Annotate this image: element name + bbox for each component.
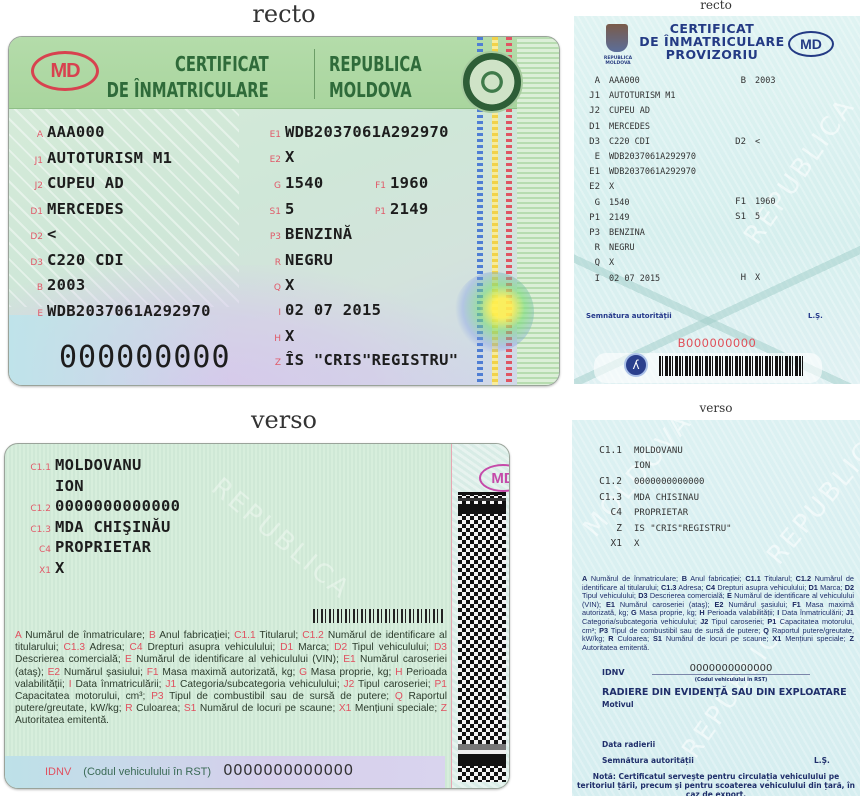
idnv-value: 0000000000000 (223, 761, 354, 779)
field-f1: F11960 (724, 197, 775, 207)
temporary-serial-number: B000000000 (574, 336, 860, 350)
field-e: EWDB2037061A292970 (21, 302, 211, 320)
field-value: X (285, 327, 295, 345)
field-value: < (755, 137, 760, 147)
field-value: NEGRU (609, 243, 635, 253)
field-value: 5 (285, 200, 295, 218)
field-c1-1: C1.1MOLDOVANU (572, 445, 683, 456)
field-label: C4 (25, 545, 51, 555)
2d-barcode-icon (458, 492, 506, 782)
field-value: NEGRU (285, 251, 333, 269)
title-certificat: CERTIFICAT DE ÎNMATRICULARE (107, 51, 269, 103)
field-value: 0000000000000 (55, 497, 180, 515)
field-e2: E2X (578, 182, 614, 192)
field-p1: P12149 (578, 213, 629, 223)
temporary-certificate-title: CERTIFICAT DE ÎNMATRICULARE PROVIZORIU (632, 22, 792, 61)
legend-key: X1 (772, 634, 781, 643)
field-label: X1 (572, 538, 622, 549)
field-value: PROPRIETAR (55, 538, 151, 556)
note-text: Notă: Certificatul serveşte pentru circu… (576, 772, 856, 796)
legend-text: Drepturi asupra vehiculului; (143, 642, 281, 653)
field-label: E1 (578, 167, 600, 177)
field-label: B (724, 76, 746, 86)
field-value: PROPRIETAR (634, 508, 688, 518)
legend-text: Capacitatea motorului, cm³; (15, 691, 151, 702)
field-label: H (259, 334, 281, 344)
2d-barcode-footer (458, 744, 506, 770)
field-label: J2 (21, 181, 43, 191)
field-value: AAA000 (47, 123, 105, 141)
field-label: E1 (259, 130, 281, 140)
field-label: E (578, 152, 600, 162)
field-value: 1960 (390, 174, 429, 192)
field-f1: F11960 (364, 174, 429, 192)
legend-text: Mențiuni speciale; (351, 703, 440, 714)
field-value: MDA CHISINAU (634, 493, 699, 503)
document-serial-number: 000000000 (59, 340, 231, 375)
field-value: 02 07 2015 (609, 274, 660, 284)
field-label: I (578, 274, 600, 284)
field-label: J2 (578, 106, 600, 116)
field-label: C1.1 (572, 445, 622, 456)
legend-key: F1 (147, 667, 159, 678)
field-i: I02 07 2015 (259, 301, 381, 319)
legend-key: J2 (344, 679, 355, 690)
field-value: CUPEU AD (47, 174, 124, 192)
field-label: S1 (259, 207, 281, 217)
temporary-certificate-back-card: MOLDOVA REPUBLICA REPUBLICA C1.1MOLDOVAN… (572, 420, 860, 796)
field-b: B2003 (21, 276, 86, 294)
field-label: G (259, 181, 281, 191)
legend-text: Numărul de înmatriculare; (21, 630, 149, 641)
field-value: X (755, 273, 760, 283)
legend-key: P3 (151, 691, 163, 702)
field-d3: D3C220 CDI (578, 137, 650, 147)
agency-logo-icon: ʎ (624, 353, 648, 377)
field-d2: D2< (724, 137, 760, 147)
field-g: G1540 (259, 174, 324, 192)
legend-key: R (125, 703, 132, 714)
field-value: MDA CHIŞINĂU (55, 518, 171, 536)
legend-key: G (299, 667, 307, 678)
field-label: C1.1 (25, 463, 51, 473)
field-label: Q (578, 258, 600, 268)
field-value: CUPEU AD (609, 106, 650, 116)
barcode-icon (313, 609, 443, 623)
certificate-front-card: MD CERTIFICAT DE ÎNMATRICULARE REPUBLICA… (8, 36, 560, 386)
legend-key: Q (395, 691, 403, 702)
field-e: EWDB2037061A292970 (578, 152, 696, 162)
field-c1-1: C1.1MOLDOVANU (25, 456, 142, 474)
field-e1: E1WDB2037061A292970 (578, 167, 696, 177)
crest-caption: REPUBLICA MOLDOVA (600, 56, 636, 66)
seal-label: L.Ş. (814, 756, 830, 765)
legend-key: P1 (435, 679, 447, 690)
field-e1: E1WDB2037061A292970 (259, 123, 449, 141)
md-logo-icon: MD (788, 31, 834, 57)
field-c1-2: C1.20000000000000 (572, 476, 704, 487)
field-value: X (285, 276, 295, 294)
title-republica: REPUBLICA MOLDOVA (329, 51, 422, 103)
legend-key: E (125, 654, 132, 665)
watermark-text: REPUBLICA (761, 420, 860, 571)
field-value: X (634, 539, 639, 549)
field-label: F1 (364, 181, 386, 191)
wheel-emblem-icon (461, 51, 523, 113)
watermark-text: REPUBLICA (738, 92, 860, 250)
field-value: 1540 (609, 198, 629, 208)
idnv-description: (Codul vehiculului în RST) (83, 766, 211, 778)
field-d2: D2< (21, 225, 57, 243)
field-value: AUTOTURISM M1 (47, 149, 172, 167)
field-label: C1.2 (25, 504, 51, 514)
field-label: C4 (572, 507, 622, 518)
field-label: D2 (21, 232, 43, 242)
field-value: AAA000 (609, 76, 640, 86)
field-value: MOLDOVANU (55, 456, 142, 474)
idnv-label: IDNV (602, 668, 625, 677)
field-label: G (578, 198, 600, 208)
legend-text: Culoarea; (133, 703, 184, 714)
field-p3: P3BENZINA (578, 228, 645, 238)
field-a: AAAA000 (578, 76, 640, 86)
field-value: 2003 (755, 76, 775, 86)
field-label: R (578, 243, 600, 253)
field-label: D3 (578, 137, 600, 147)
field-x1: X1X (572, 538, 639, 549)
field-q: QX (259, 276, 295, 294)
field-q: QX (578, 258, 614, 268)
field-value: X (609, 258, 614, 268)
legend-text: Mențiuni speciale; (781, 634, 849, 643)
idnv-value: 0000000000000 (652, 663, 810, 675)
deregistration-title: RADIERE DIN EVIDENŢĂ SAU DIN EXPLOATARE (602, 687, 847, 698)
coat-of-arms-icon (606, 24, 628, 52)
field-c1-3: C1.3MDA CHISINAU (572, 492, 699, 503)
caption-recto-main: recto (234, 0, 334, 28)
idnv-row: IDNV (Codul vehiculului în RST) 00000000… (45, 761, 354, 779)
field-label: C1.3 (25, 525, 51, 535)
legend-text: Numărul de locuri pe scaune; (196, 703, 339, 714)
field-label: A (21, 130, 43, 140)
legend-key: Z (441, 703, 447, 714)
signature-label: Semnătura autorității (602, 756, 694, 765)
field-label: P3 (578, 228, 600, 238)
legend-key: S1 (653, 634, 662, 643)
field-j1: J1AUTOTURISM M1 (578, 91, 676, 101)
legend-key: S1 (184, 703, 196, 714)
legend-text: Marca; (293, 642, 334, 653)
field-d1: D1MERCEDES (578, 122, 650, 132)
legend-text: Descrierea comercială; (15, 654, 125, 665)
legend-text: Titularul; (256, 630, 303, 641)
field-value: WDB2037061A292970 (609, 167, 696, 177)
field-c4: C4PROPRIETAR (572, 507, 688, 518)
legend-text: Numărul de locuri pe scaune; (662, 634, 772, 643)
legend-text: Anul fabricației; (156, 630, 234, 641)
signature-label: Semnătura autorității (586, 312, 672, 320)
field-value: X (285, 148, 295, 166)
legend-key: C1.2 (302, 630, 324, 641)
legend-text: Data înmatriculării; (72, 679, 166, 690)
field-s1: S15 (259, 200, 295, 218)
field-d3: D3C220 CDI (21, 251, 124, 269)
field-j1: J1AUTOTURISM M1 (21, 149, 172, 167)
field-legend: A Numărul de înmatriculare; B Anul fabri… (15, 630, 447, 728)
field-h: HX (724, 273, 760, 283)
field-label: P3 (259, 232, 281, 242)
legend-text: Tipul vehiculului; (347, 642, 434, 653)
field-label: X1 (25, 566, 51, 576)
field-c1-2: C1.20000000000000 (25, 497, 180, 515)
field-value: WDB2037061A292970 (285, 123, 449, 141)
field-value: 1960 (755, 197, 775, 207)
field-value: WDB2037061A292970 (609, 152, 696, 162)
field-a: AAAA000 (21, 123, 105, 141)
field-label: S1 (724, 212, 746, 222)
legend-text: Autoritatea emitentă. (582, 643, 649, 652)
legend-text: Adresa; (85, 642, 129, 653)
field-value: AUTOTURISM M1 (609, 91, 676, 101)
field-value: 2149 (390, 200, 429, 218)
field-value: 02 07 2015 (285, 301, 381, 319)
field-label: P1 (578, 213, 600, 223)
field-value: MOLDOVANU (634, 446, 683, 456)
legend-key: D1 (280, 642, 293, 653)
field-value: C220 CDI (47, 251, 124, 269)
field-label: R (259, 258, 281, 268)
field-p3: P3BENZINĂ (259, 225, 352, 243)
field-s1: S15 (724, 212, 760, 222)
field-c4: C4PROPRIETAR (25, 538, 151, 556)
field-label: H (724, 273, 746, 283)
field-label: A (578, 76, 600, 86)
field-value: BENZINA (609, 228, 645, 238)
legend-key: X1 (339, 703, 351, 714)
field-j2: J2CUPEU AD (578, 106, 650, 116)
legend-text: Categoria/subcategoria vehiculului; (176, 679, 343, 690)
field-label: E2 (259, 155, 281, 165)
legend-text: Tipul de combustibil sau de sursă de put… (164, 691, 395, 702)
field-value: C220 CDI (609, 137, 650, 147)
legend-key: E2 (48, 667, 60, 678)
field-value: MERCEDES (47, 200, 124, 218)
caption-recto-temp: recto (666, 0, 766, 12)
caption-verso-main: verso (234, 406, 334, 434)
field-d1: D1MERCEDES (21, 200, 124, 218)
temporary-certificate-front-card: REPUBLICA REPUBLICA MOLDOVA CERTIFICAT D… (574, 16, 860, 384)
field-label: D1 (21, 207, 43, 217)
legend-text: Masa proprie, kg; (307, 667, 395, 678)
field-r: RNEGRU (578, 243, 635, 253)
idnv-label: IDNV (45, 766, 71, 778)
legend-key: Z (850, 634, 854, 643)
field-b: B2003 (724, 76, 775, 86)
field-value: MERCEDES (609, 122, 650, 132)
hologram-icon (454, 272, 534, 352)
barcode-icon (659, 356, 804, 376)
field-label: Q (259, 283, 281, 293)
field-label: F1 (724, 197, 746, 207)
field-value: IS "CRIS"REGISTRU" (634, 524, 732, 534)
field-g: G1540 (578, 198, 629, 208)
field-value: 1540 (285, 174, 324, 192)
field-c1-3: C1.3MDA CHIŞINĂU (25, 518, 171, 536)
field-label: J1 (21, 156, 43, 166)
field-value: 2149 (609, 213, 629, 223)
legend-text: Autoritatea emitentă. (15, 715, 109, 726)
legend-key: D2 (334, 642, 347, 653)
field-label: P1 (364, 207, 386, 217)
field-legend: A Numărul de înmatriculare; B Anul fabri… (582, 575, 854, 652)
field-value: X (55, 559, 65, 577)
legend-key: B (149, 630, 156, 641)
field-label: D3 (21, 258, 43, 268)
field-e2: E2X (259, 148, 295, 166)
field-r: RNEGRU (259, 251, 333, 269)
idnv-description: (Codul vehiculului în RST) (652, 677, 810, 683)
legend-key: D3 (434, 642, 447, 653)
field-label: B (21, 283, 43, 293)
field-x1: X1X (25, 559, 65, 577)
field-label: Z (259, 358, 281, 368)
legend-text: Masa maximă autorizată, kg; (159, 667, 300, 678)
field-value: BENZINĂ (285, 225, 352, 243)
field-i: I02 07 2015 (578, 274, 660, 284)
deregistration-date-label: Data radierii (602, 740, 655, 749)
legend-key: C4 (130, 642, 143, 653)
header-divider (314, 49, 315, 99)
field-label: J1 (578, 91, 600, 101)
field-continuation: ION (572, 461, 650, 471)
reason-label: Motivul (602, 700, 634, 709)
field-value: 5 (755, 212, 760, 222)
field-value: ION (634, 461, 650, 471)
legend-key: C1.3 (64, 642, 86, 653)
field-value: < (47, 225, 57, 243)
certificate-back-card: REPUBLICA MD C1.1MOLDOVANUIONC1.20000000… (4, 443, 510, 789)
field-label: E2 (578, 182, 600, 192)
field-z: ZIS "CRIS"REGISTRU" (572, 523, 732, 534)
field-label: E (21, 309, 43, 319)
md-logo-icon: MD (31, 51, 99, 91)
field-p1: P12149 (364, 200, 429, 218)
field-label: I (259, 308, 281, 318)
field-label: Z (572, 523, 622, 534)
legend-key: E1 (343, 654, 355, 665)
field-h: HX (259, 327, 295, 345)
field-label: D1 (578, 122, 600, 132)
field-value: ÎS "CRIS"REGISTRU" (285, 351, 458, 369)
watermark-text: REPUBLICA (205, 472, 356, 606)
legend-key: C1.1 (234, 630, 256, 641)
field-j2: J2CUPEU AD (21, 174, 124, 192)
legend-text: Numărul de identificare al vehiculului (… (132, 654, 343, 665)
legend-text: Tipul caroseriei; (354, 679, 434, 690)
legend-key: J1 (165, 679, 176, 690)
field-z: ZÎS "CRIS"REGISTRU" (259, 351, 458, 369)
field-label: D2 (724, 137, 746, 147)
field-value: 2003 (47, 276, 86, 294)
legend-text: Numărul şasiului; (60, 667, 147, 678)
field-value: X (609, 182, 614, 192)
field-value: WDB2037061A292970 (47, 302, 211, 320)
field-continuation: ION (25, 477, 84, 495)
field-value: 0000000000000 (634, 477, 704, 487)
field-value: ION (55, 477, 84, 495)
field-label: C1.3 (572, 492, 622, 503)
caption-verso-temp: verso (666, 401, 766, 415)
seal-label: L.Ş. (808, 312, 823, 320)
field-label: C1.2 (572, 476, 622, 487)
